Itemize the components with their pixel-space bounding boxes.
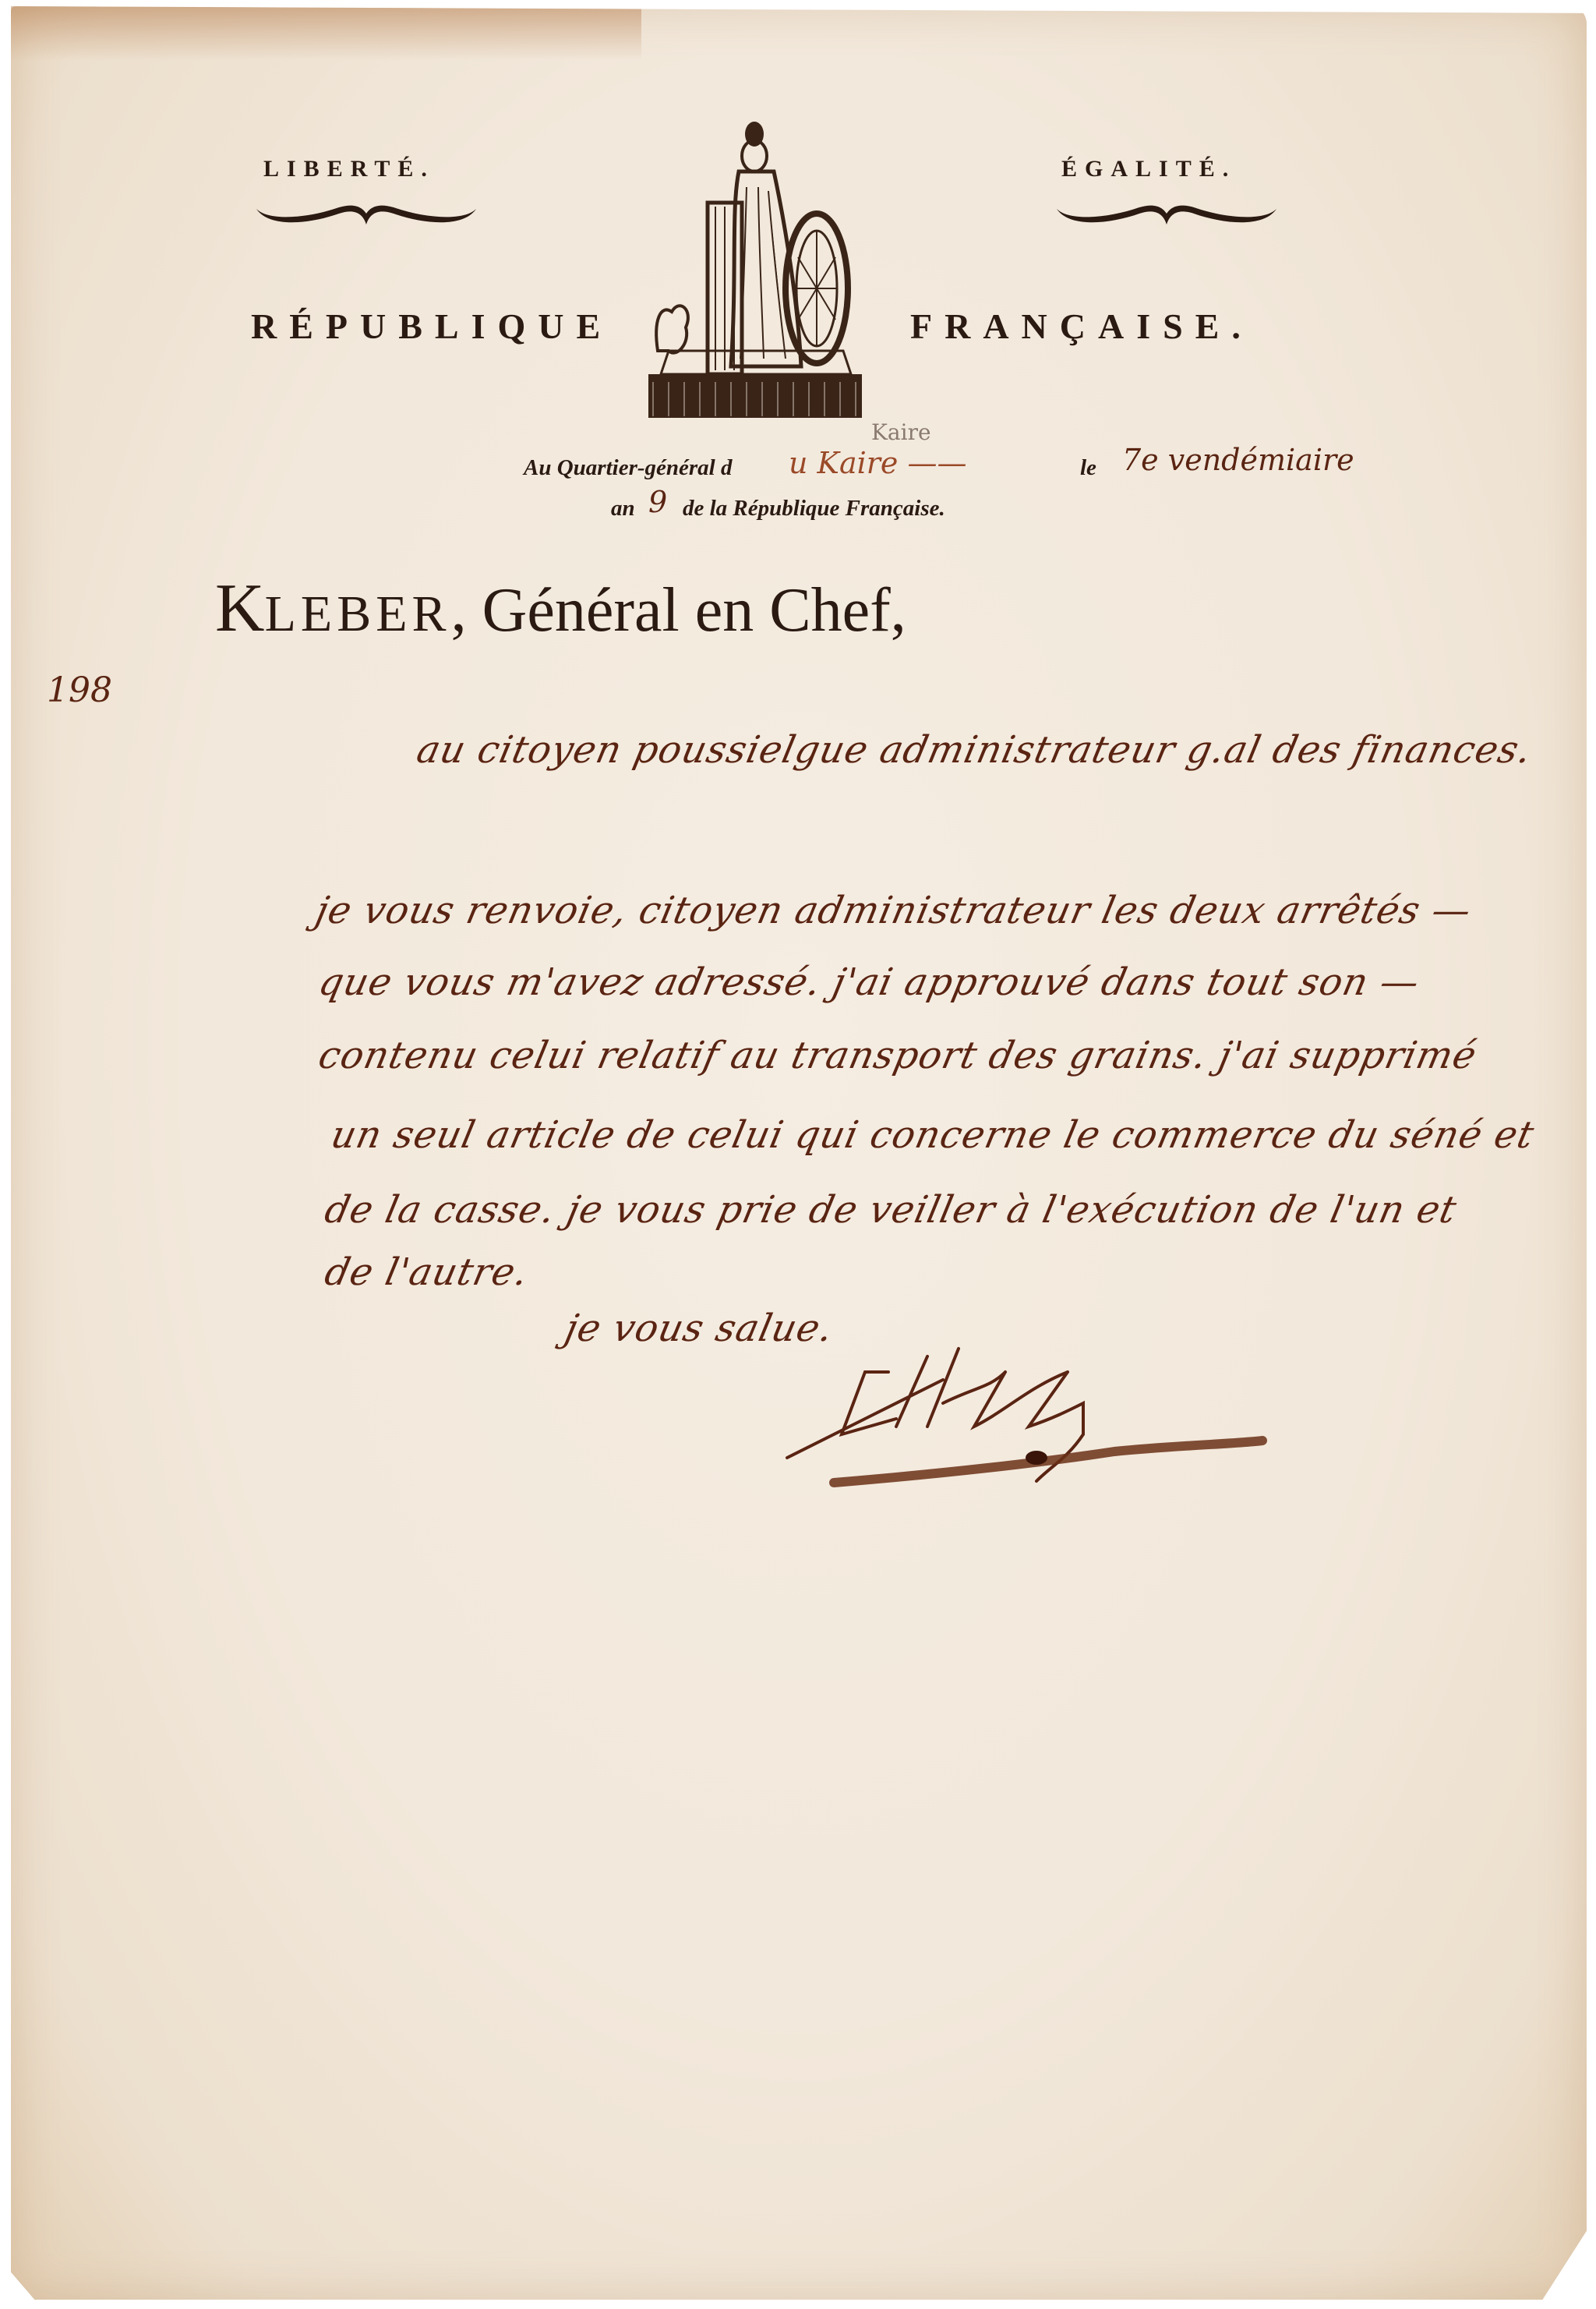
dateline-an: an bbox=[611, 496, 635, 522]
ornament-brace-right-icon bbox=[1054, 201, 1280, 229]
margin-folio-number: 198 bbox=[47, 670, 112, 710]
dateline-date: 7e vendémiaire bbox=[1122, 443, 1354, 477]
body-line-2: que vous m'avez adressé. j'ai approuvé d… bbox=[315, 960, 1424, 1004]
body-line-3: contenu celui relatif au transport des g… bbox=[315, 1034, 1481, 1077]
place-pencil-annotation: Kaire bbox=[871, 419, 931, 445]
liberty-vignette-icon bbox=[645, 117, 867, 421]
dateline-suffix: de la République Française. bbox=[683, 496, 945, 522]
kleber-signature-icon bbox=[772, 1341, 1270, 1489]
letterhead-francaise: FRANÇAISE. bbox=[910, 306, 1253, 347]
sender-heading: KLEBER, Général en Chef, bbox=[215, 569, 906, 648]
sender-title: , Général en Chef, bbox=[451, 576, 906, 645]
addressee-line: au citoyen poussielgue administrateur g.… bbox=[413, 728, 1536, 772]
body-line-5: de la casse. je vous prie de veiller à l… bbox=[321, 1188, 1460, 1232]
letterhead-republique: RÉPUBLIQUE bbox=[251, 306, 613, 347]
sender-name-initial: K bbox=[215, 571, 265, 646]
ornament-brace-left-icon bbox=[253, 201, 479, 229]
dateline-le: le bbox=[1080, 455, 1096, 481]
body-line-1: je vous renvoie, citoyen administrateur … bbox=[312, 889, 1475, 932]
body-line-6: de l'autre. bbox=[321, 1250, 532, 1294]
dateline-prefix: Au Quartier-général d bbox=[524, 455, 732, 481]
sender-name-rest: LEBER bbox=[265, 585, 451, 642]
dateline-year: 9 bbox=[648, 485, 667, 519]
motto-egalite: ÉGALITÉ. bbox=[1061, 156, 1236, 182]
dateline-place: u Kaire —— bbox=[789, 446, 966, 480]
body-line-4: un seul article de celui qui concerne le… bbox=[327, 1113, 1538, 1157]
motto-liberte: LIBERTÉ. bbox=[263, 156, 435, 182]
